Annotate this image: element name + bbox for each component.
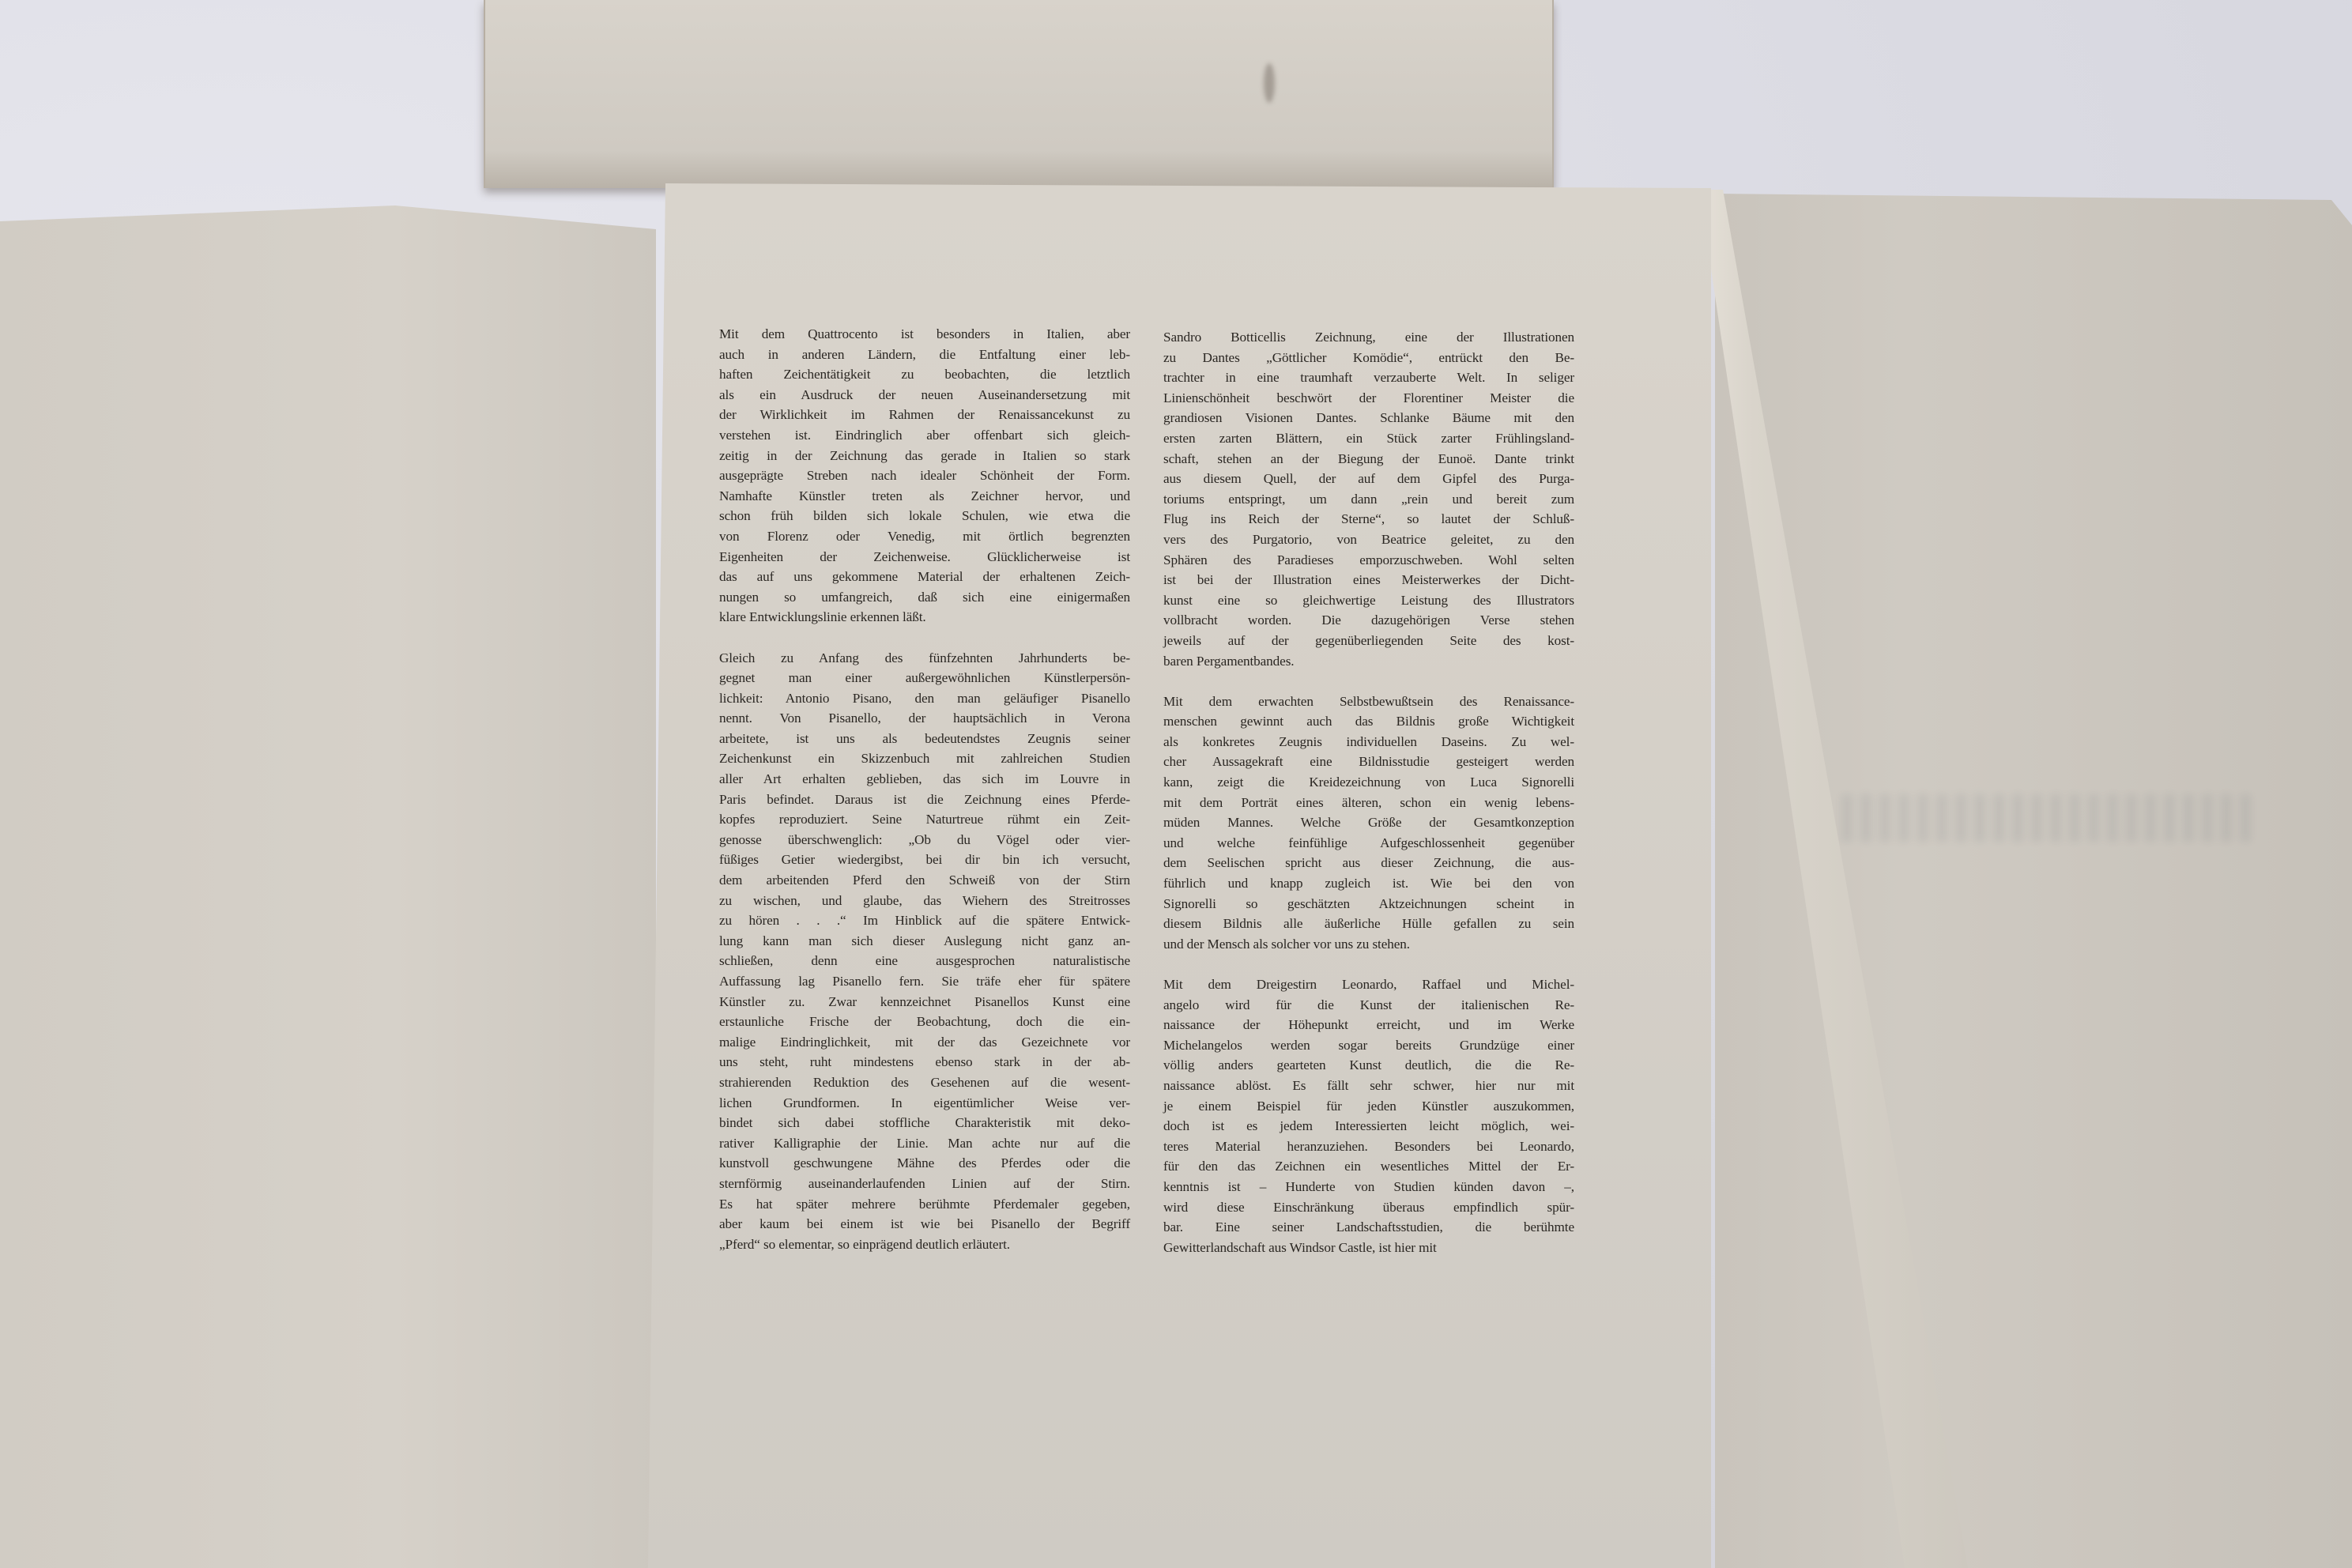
text-line: Paris befindet. Daraus ist die Zeichnung… [719,790,1130,810]
paragraph: Sandro Botticellis Zeichnung, eine der I… [1163,327,1574,671]
text-line: dem arbeitenden Pferd den Schweiß von de… [719,870,1130,891]
paragraph: Gleich zu Anfang des fünfzehnten Jahrhun… [719,648,1130,1255]
text-line: Zeichenkunst ein Skizzenbuch mit zahlrei… [719,748,1130,769]
text-line: mit dem Porträt eines älteren, schon ein… [1163,793,1574,813]
printed-page: Mit dem Quattrocento ist besonders in It… [648,183,1711,1568]
text-line: Eigenheiten der Zeichenweise. Glückliche… [719,547,1130,567]
text-line: grandiosen Visionen Dantes. Schlanke Bäu… [1163,408,1574,428]
text-line: toriums entspringt, um dann „rein und be… [1163,489,1574,510]
text-line: diesem Bildnis alle äußerliche Hülle gef… [1163,914,1574,934]
text-line: Michelangelos werden sogar bereits Grund… [1163,1035,1574,1056]
text-line: rativer Kalligraphie der Linie. Man acht… [719,1133,1130,1154]
text-line: füßiges Getier wiedergibst, bei dir bin … [719,850,1130,870]
text-line: malige Eindringlichkeit, mit der das Gez… [719,1032,1130,1053]
text-line: als ein Ausdruck der neuen Auseinanderse… [719,385,1130,405]
text-line: bar. Eine seiner Landschaftsstudien, die… [1163,1217,1574,1238]
text-line: Signorelli so geschätzten Aktzeichnungen… [1163,894,1574,914]
text-line: gegnet man einer außergewöhnlichen Künst… [719,668,1130,688]
text-line: lichkeit: Antonio Pisano, den man geläuf… [719,688,1130,709]
paragraph: Mit dem Dreigestirn Leonardo, Raffael un… [1163,974,1574,1257]
text-line: schließen, denn eine ausgesprochen natur… [719,951,1130,971]
text-line: zu wischen, und glaube, das Wiehern des … [719,891,1130,911]
text-line: je einem Beispiel für jeden Künstler aus… [1163,1096,1574,1117]
text-line: Es hat später mehrere berühmte Pferdemal… [719,1194,1130,1215]
text-line: Namhafte Künstler treten als Zeichner he… [719,486,1130,507]
text-line: führlich und knapp zugleich ist. Wie bei… [1163,873,1574,894]
text-line: schaft, stehen an der Biegung der Eunoë.… [1163,449,1574,469]
text-line: erstaunliche Frische der Beobachtung, do… [719,1012,1130,1032]
paragraph: Mit dem erwachten Selbstbewußtsein des R… [1163,692,1574,955]
text-line: ausgeprägte Streben nach idealer Schönhe… [719,465,1130,486]
text-line: lung kann man sich dieser Auslegung nich… [719,931,1130,952]
text-line: kann, zeigt die Kreidezeichnung von Luca… [1163,772,1574,793]
text-column-left: Mit dem Quattrocento ist besonders in It… [719,324,1130,1275]
text-line: vers des Purgatorio, von Beatrice geleit… [1163,530,1574,550]
text-line: menschen gewinnt auch das Bildnis große … [1163,711,1574,732]
text-line: Sphären des Paradieses emporzuschweben. … [1163,550,1574,571]
text-line: Gewitterlandschaft aus Windsor Castle, i… [1163,1238,1574,1258]
text-line: lichen Grundformen. In eigentümlicher We… [719,1093,1130,1114]
text-line: dem Seelischen spricht aus dieser Zeichn… [1163,853,1574,873]
text-line: nennt. Von Pisanello, der hauptsächlich … [719,708,1130,729]
paper-stain [1264,63,1275,103]
text-line: von Florenz oder Venedig, mit örtlich be… [719,526,1130,547]
paragraph: Mit dem Quattrocento ist besonders in It… [719,324,1130,628]
text-line: haften Zeichentätigkeit zu beobachten, d… [719,364,1130,385]
text-line: zu Dantes „Göttlicher Komödie“, entrückt… [1163,348,1574,368]
text-line: trachter in eine traumhaft verzauberte W… [1163,367,1574,388]
text-line: Mit dem Dreigestirn Leonardo, Raffael un… [1163,974,1574,995]
text-line: Gleich zu Anfang des fünfzehnten Jahrhun… [719,648,1130,669]
text-column-right: Sandro Botticellis Zeichnung, eine der I… [1163,327,1574,1278]
text-line: Auffassung lag Pisanello fern. Sie träfe… [719,971,1130,992]
text-line: kenntnis ist – Hunderte von Studien künd… [1163,1177,1574,1197]
text-line: kunstvoll geschwungene Mähne des Pferdes… [719,1153,1130,1174]
text-line: Künstler zu. Zwar kennzeichnet Pisanello… [719,992,1130,1012]
text-line: naissance ablöst. Es fällt sehr schwer, … [1163,1076,1574,1096]
text-line: das auf uns gekommene Material der erhal… [719,567,1130,587]
text-line: nungen so umfangreich, daß sich eine ein… [719,587,1130,608]
text-line: sternförmig auseinanderlaufenden Linien … [719,1174,1130,1194]
text-line: Sandro Botticellis Zeichnung, eine der I… [1163,327,1574,348]
text-line: doch ist es jedem Interessierten leicht … [1163,1116,1574,1136]
text-line: auch in anderen Ländern, die Entfaltung … [719,345,1130,365]
text-line: aus diesem Quell, der auf dem Gipfel des… [1163,469,1574,489]
text-line: für den das Zeichnen ein wesentliches Mi… [1163,1156,1574,1177]
text-line: jeweils auf der gegenüberliegenden Seite… [1163,631,1574,651]
text-line: teres Material heranzuziehen. Besonders … [1163,1136,1574,1157]
text-line: baren Pergamentbandes. [1163,651,1574,672]
text-line: wird diese Einschränkung überaus empfind… [1163,1197,1574,1218]
text-line: cher Aussagekraft eine Bildnisstudie ges… [1163,752,1574,772]
text-line: genosse überschwenglich: „Ob du Vögel od… [719,830,1130,850]
text-line: aber kaum bei einem ist wie bei Pisanell… [719,1214,1130,1234]
text-line: strahierenden Reduktion des Gesehenen au… [719,1072,1130,1093]
text-line: kopfes reproduziert. Seine Naturtreue rü… [719,809,1130,830]
text-line: völlig anders gearteten Kunst deutlich, … [1163,1055,1574,1076]
text-line: klare Entwicklungslinie erkennen läßt. [719,607,1130,628]
text-line: der Wirklichkeit im Rahmen der Renaissan… [719,405,1130,425]
text-line: verstehen ist. Eindringlich aber offenba… [719,425,1130,446]
text-line: und der Mensch als solcher vor uns zu st… [1163,934,1574,955]
text-line: zu hören . . .“ Im Hinblick auf die spät… [719,910,1130,931]
text-line: ist bei der Illustration eines Meisterwe… [1163,570,1574,590]
text-line: Mit dem erwachten Selbstbewußtsein des R… [1163,692,1574,712]
text-line: schon früh bilden sich lokale Schulen, w… [719,506,1130,526]
text-line: als konkretes Zeugnis individuellen Dase… [1163,732,1574,752]
text-line: vollbracht worden. Die dazugehörigen Ver… [1163,610,1574,631]
text-line: bindet sich dabei stoffliche Charakteris… [719,1113,1130,1133]
text-line: naissance der Höhepunkt erreicht, und im… [1163,1015,1574,1035]
text-line: ersten zarten Blättern, ein Stück zarter… [1163,428,1574,449]
text-line: arbeitete, ist uns als bedeutendstes Zeu… [719,729,1130,749]
text-line: Flug ins Reich der Sterne“, so lautet de… [1163,509,1574,530]
background-book-cover [484,0,1554,188]
text-line: Linienschönheit beschwört der Florentine… [1163,388,1574,409]
text-line: uns steht, ruht mindestens ebenso stark … [719,1052,1130,1072]
text-line: Mit dem Quattrocento ist besonders in It… [719,324,1130,345]
text-line: „Pferd“ so elementar, so einprägend deut… [719,1234,1130,1255]
text-line: angelo wird für die Kunst der italienisc… [1163,995,1574,1016]
text-line: zeitig in der Zeichnung das gerade in It… [719,446,1130,466]
show-through-text [1841,794,2252,842]
text-line: müden Mannes. Welche Größe der Gesamtkon… [1163,812,1574,833]
text-line: aller Art erhalten geblieben, das sich i… [719,769,1130,790]
left-facing-page [0,205,656,1568]
text-line: kunst eine so gleichwertige Leistung des… [1163,590,1574,611]
text-line: und welche feinfühlige Aufgeschlossenhei… [1163,833,1574,854]
